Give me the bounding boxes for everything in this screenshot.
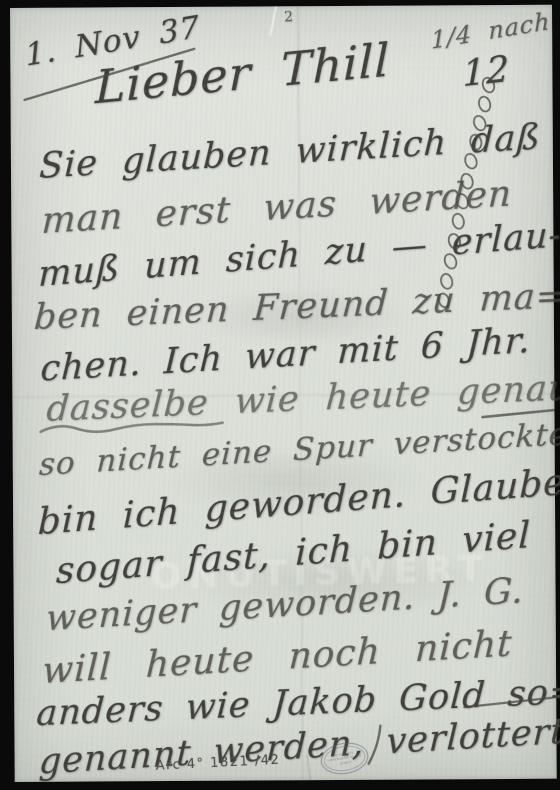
time-note: 1/4 nach bbox=[431, 7, 551, 55]
scanned-letter-page: { "header": { "date": "1. Nov 37", "page… bbox=[0, 0, 560, 790]
letter-paper: ONUTISWERT 1. Nov 37 2 1/4 nach 12 Liebe… bbox=[10, 5, 557, 782]
time-number: 12 bbox=[462, 49, 510, 96]
page-number: 2 bbox=[284, 9, 295, 25]
top-fold-mark bbox=[269, 7, 277, 37]
